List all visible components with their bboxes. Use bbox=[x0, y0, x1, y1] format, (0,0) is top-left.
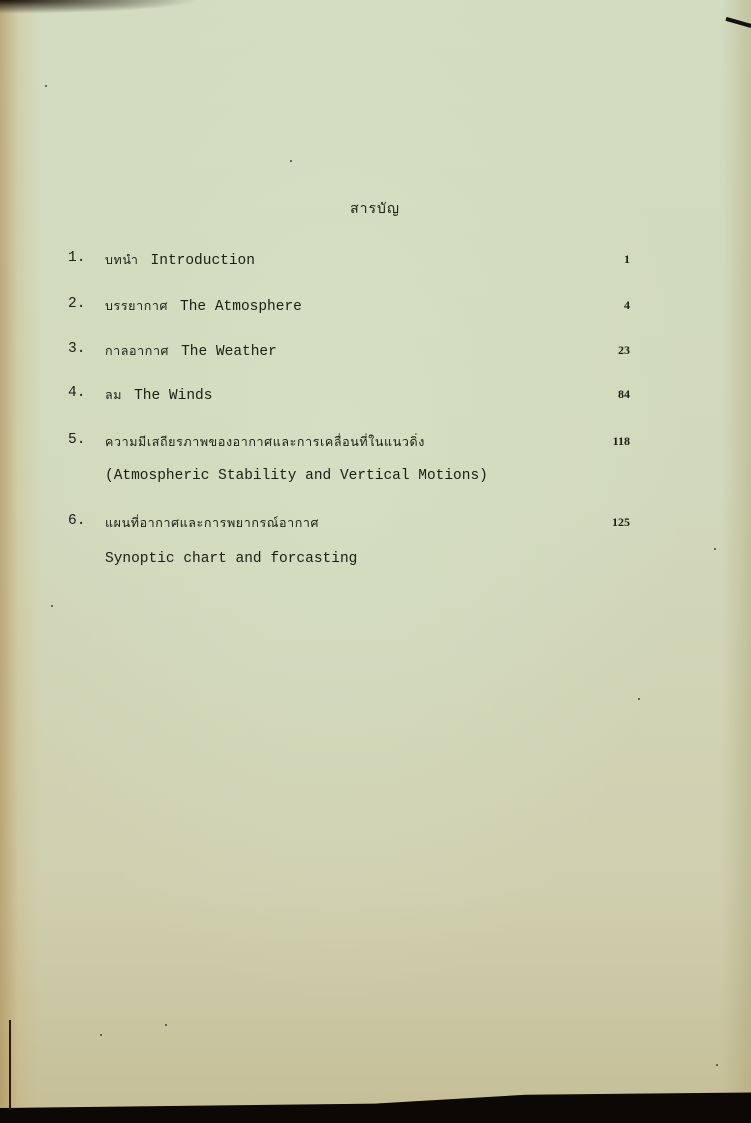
entry-thai-title: แผนที่อากาศและการพยากรณ์อากาศ bbox=[105, 515, 319, 530]
entry-thai-title: บรรยากาศ bbox=[105, 298, 168, 313]
scanned-page: สารบัญ 1. บทนำIntroduction 1 2. บรรยากาศ… bbox=[0, 0, 751, 1123]
entry-number: 3. bbox=[68, 341, 85, 357]
entry-page-number: 125 bbox=[612, 515, 630, 530]
entry-title: ความมีเสถียรภาพของอากาศและการเคลื่อนที่ใ… bbox=[105, 432, 437, 452]
entry-thai-title: กาลอากาศ bbox=[105, 343, 169, 358]
entry-title: บทนำIntroduction bbox=[105, 250, 255, 270]
table-of-contents: สารบัญ 1. บทนำIntroduction 1 2. บรรยากาศ… bbox=[0, 0, 751, 1108]
entry-title: ลมThe Winds bbox=[105, 385, 212, 405]
entry-page-number: 23 bbox=[618, 343, 630, 358]
entry-page-number: 84 bbox=[618, 387, 630, 402]
entry-subtitle: (Atmospheric Stability and Vertical Moti… bbox=[105, 468, 488, 484]
entry-thai-title: ลม bbox=[105, 387, 122, 402]
entry-title: บรรยากาศThe Atmosphere bbox=[105, 296, 302, 316]
entry-page-number: 4 bbox=[624, 298, 630, 313]
toc-heading: สารบัญ bbox=[330, 198, 420, 220]
entry-page-number: 118 bbox=[613, 434, 630, 449]
entry-title: กาลอากาศThe Weather bbox=[105, 341, 277, 361]
entry-english-title: Introduction bbox=[151, 253, 255, 269]
entry-title: แผนที่อากาศและการพยากรณ์อากาศ bbox=[105, 513, 331, 533]
entry-thai-title: บทนำ bbox=[105, 252, 139, 267]
entry-english-title: The Weather bbox=[181, 344, 277, 360]
entry-english-title: The Atmosphere bbox=[180, 299, 302, 315]
entry-number: 2. bbox=[68, 296, 85, 312]
entry-page-number: 1 bbox=[624, 252, 630, 267]
entry-english-title: The Winds bbox=[134, 388, 212, 404]
entry-number: 1. bbox=[68, 250, 85, 266]
entry-number: 5. bbox=[68, 432, 85, 448]
entry-number: 6. bbox=[68, 513, 85, 529]
entry-number: 4. bbox=[68, 385, 85, 401]
entry-thai-title: ความมีเสถียรภาพของอากาศและการเคลื่อนที่ใ… bbox=[105, 434, 425, 449]
entry-subtitle: Synoptic chart and forcasting bbox=[105, 551, 357, 567]
